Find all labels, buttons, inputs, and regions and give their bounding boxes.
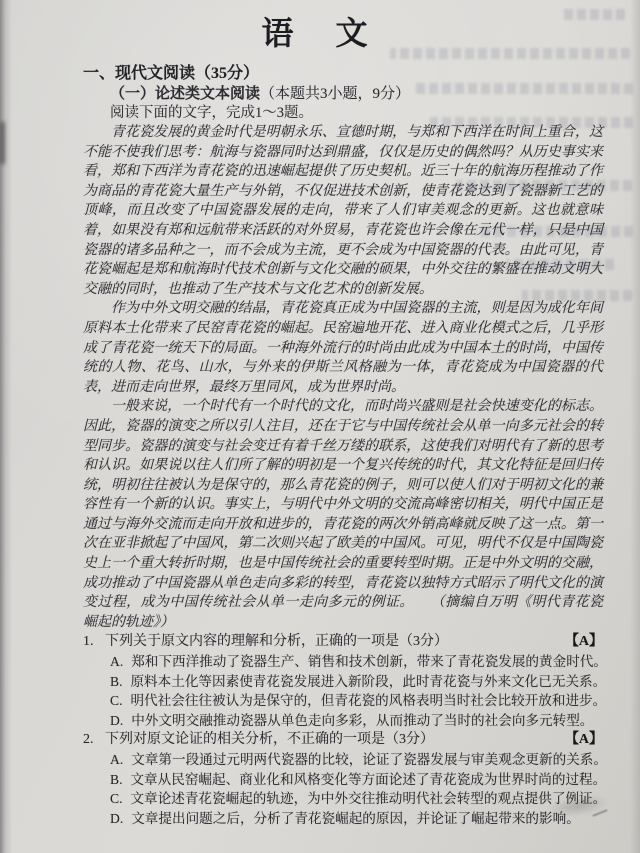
page-left-edge-notch bbox=[0, 122, 5, 164]
passage-paragraph-1: 青花瓷发展的黄金时代是明朝永乐、宣德时期，与郑和下西洋在时间上重合，这不能不使我… bbox=[83, 123, 603, 299]
reading-passage: 青花瓷发展的黄金时代是明朝永乐、宣德时期，与郑和下西洋在时间上重合，这不能不使我… bbox=[83, 123, 603, 632]
question-1-option-b: B.原料本土化等因素使青花瓷发展进入新阶段，此时青花瓷与外来文化已无关系。 bbox=[83, 672, 603, 692]
option-label: D. bbox=[110, 811, 123, 826]
passage-paragraph-2: 作为中外文明交融的结晶，青花瓷真正成为中国瓷器的主流，则是因为成化年间原料本土化… bbox=[83, 299, 603, 397]
question-1-option-c: C.明代社会往往被认为是保守的，但青花瓷的风格表明当时社会比较开放和进步。 bbox=[83, 691, 603, 711]
option-label: C. bbox=[110, 693, 122, 708]
answer-mark: 【A】 bbox=[565, 730, 603, 750]
option-text: 文章论述青花瓷崛起的轨迹，为中外交往推动明代社会转型的观点提供了例证。 bbox=[130, 791, 603, 806]
subsection-heading: （一）论述类文本阅读（本题共3小题，9分） bbox=[83, 84, 603, 104]
option-text: 文章第一段通过元明两代瓷器的比较，论证了瓷器发展与审美观念更新的关系。 bbox=[131, 752, 603, 767]
reading-instruction: 阅读下面的文字，完成1～3题。 bbox=[83, 104, 603, 123]
option-text: 原料本土化等因素使青花瓷发展进入新阶段，此时青花瓷与外来文化已无关系。 bbox=[130, 674, 603, 689]
question-stem: 下列对原文论证的相关分析，不正确的一项是（3分） bbox=[105, 730, 434, 750]
option-text: 文章从民窑崛起、商业化和风格变化等方面论述了青花瓷成为世界时尚的过程。 bbox=[130, 772, 603, 787]
option-label: A. bbox=[110, 752, 123, 767]
page-right-edge-shadow bbox=[630, 0, 640, 853]
question-1-option-d: D.中外文明交融推动瓷器从单色走向多彩，从而推动了当时的社会向多元转型。 bbox=[83, 711, 603, 731]
option-text: 明代社会往往被认为是保守的，但青花瓷的风格表明当时社会比较开放和进步。 bbox=[130, 693, 603, 708]
question-number: 2. bbox=[83, 730, 105, 750]
option-label: D. bbox=[110, 713, 123, 728]
option-label: B. bbox=[110, 674, 122, 689]
question-1-option-a: A.郑和下西洋推动了瓷器生产、销售和技术创新，带来了青花瓷发展的黄金时代。 bbox=[83, 652, 603, 672]
question-2-option-c: C.文章论述青花瓷崛起的轨迹，为中外交往推动明代社会转型的观点提供了例证。 bbox=[83, 789, 603, 809]
option-text: 郑和下西洋推动了瓷器生产、销售和技术创新，带来了青花瓷发展的黄金时代。 bbox=[131, 654, 603, 669]
option-label: B. bbox=[110, 772, 122, 787]
section-heading: 一、现代文阅读（35分） bbox=[83, 64, 603, 84]
question-number: 1. bbox=[83, 632, 105, 652]
question-2: 2. 下列对原文论证的相关分析，不正确的一项是（3分） 【A】 A.文章第一段通… bbox=[83, 730, 603, 828]
page-title: 语 文 bbox=[57, 12, 577, 54]
option-label: C. bbox=[110, 791, 122, 806]
question-2-stem-row: 2. 下列对原文论证的相关分析，不正确的一项是（3分） 【A】 bbox=[83, 730, 603, 750]
question-1-stem-row: 1. 下列关于原文内容的理解和分析，正确的一项是（3分） 【A】 bbox=[83, 632, 603, 652]
passage-paragraph-3-text: 一般来说，一个时代有一个时代的文化，而时尚兴盛则是社会快速变化的标志。因此，瓷器… bbox=[83, 399, 603, 610]
option-text: 中外文明交融推动瓷器从单色走向多彩，从而推动了当时的社会向多元转型。 bbox=[131, 713, 593, 728]
subsection-heading-rest: （本题共3小题，9分） bbox=[260, 86, 410, 102]
question-1: 1. 下列关于原文内容的理解和分析，正确的一项是（3分） 【A】 A.郑和下西洋… bbox=[83, 632, 603, 730]
passage-paragraph-3: 一般来说，一个时代有一个时代的文化，而时尚兴盛则是社会快速变化的标志。因此，瓷器… bbox=[83, 397, 603, 632]
question-2-option-b: B.文章从民窑崛起、商业化和风格变化等方面论述了青花瓷成为世界时尚的过程。 bbox=[83, 770, 603, 790]
option-text: 文章提出问题之后，分析了青花瓷崛起的原因，并论证了崛起带来的影响。 bbox=[131, 811, 580, 826]
answer-mark: 【A】 bbox=[565, 632, 603, 652]
subsection-heading-bold: （一）论述类文本阅读 bbox=[110, 86, 260, 102]
question-2-option-a: A.文章第一段通过元明两代瓷器的比较，论证了瓷器发展与审美观念更新的关系。 bbox=[83, 750, 603, 770]
page-content: 语 文 一、现代文阅读（35分） （一）论述类文本阅读（本题共3小题，9分） 阅… bbox=[83, 0, 603, 828]
exam-paper-photo: 语 文 一、现代文阅读（35分） （一）论述类文本阅读（本题共3小题，9分） 阅… bbox=[0, 0, 640, 853]
question-stem: 下列关于原文内容的理解和分析，正确的一项是（3分） bbox=[105, 632, 448, 652]
question-2-option-d: D.文章提出问题之后，分析了青花瓷崛起的原因，并论证了崛起带来的影响。 bbox=[83, 809, 603, 829]
option-label: A. bbox=[110, 654, 123, 669]
